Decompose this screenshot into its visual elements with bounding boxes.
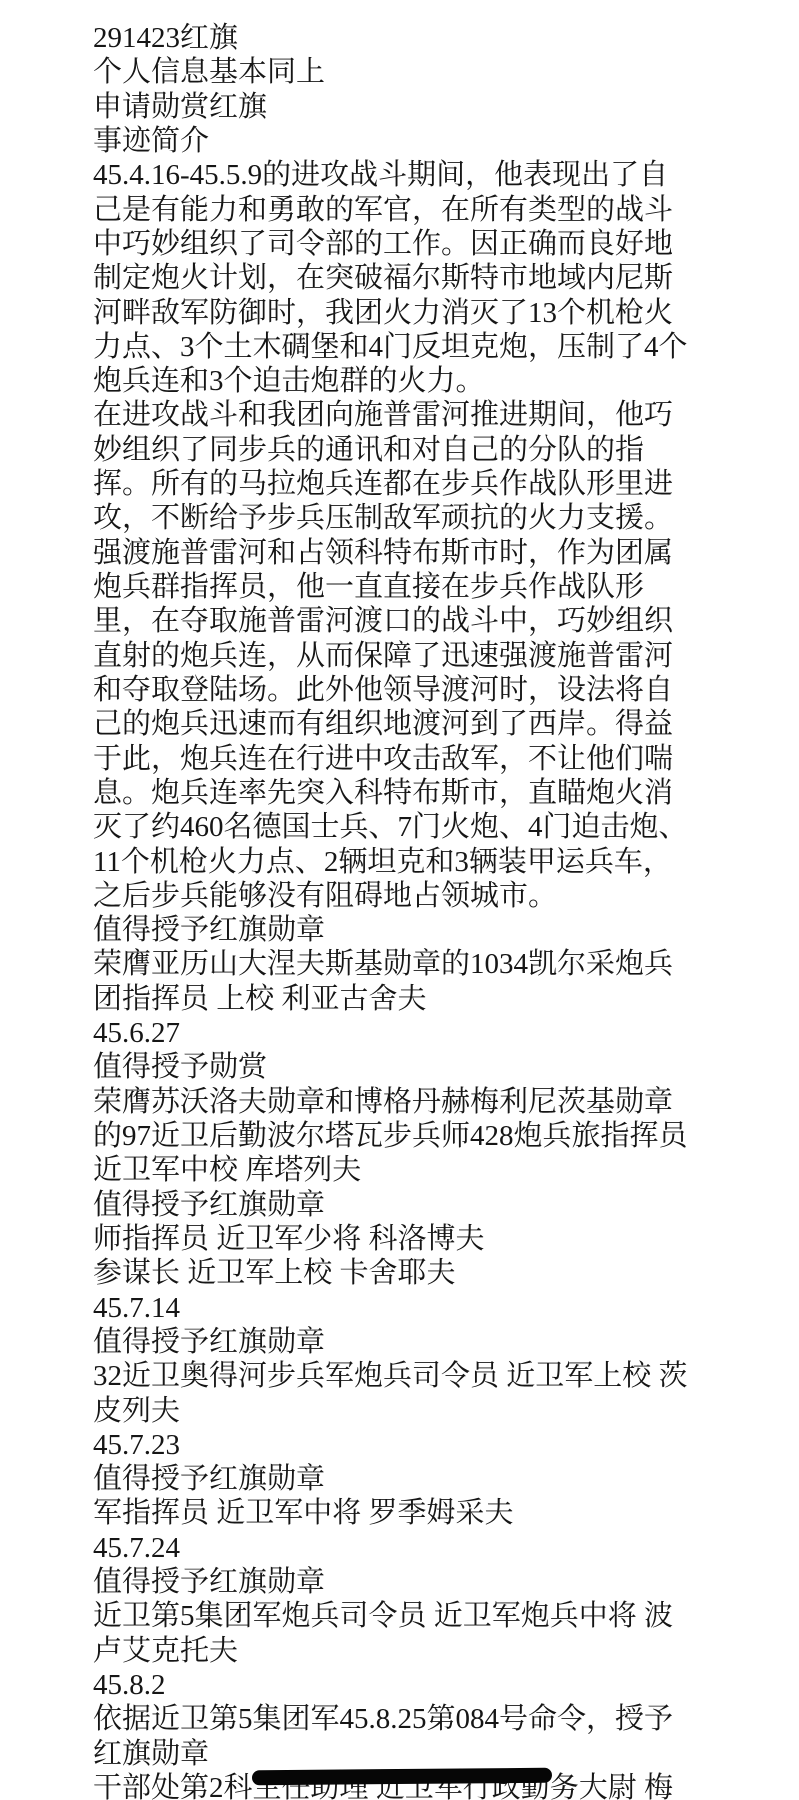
redaction-bar [252,1768,552,1786]
text-line: 息。炮兵连率先突入科特布斯市，直瞄炮火消 [93,776,733,810]
text-line: 45.7.23 [93,1428,733,1462]
text-line: 力点、3个土木碉堡和4门反坦克炮，压制了4个 [93,330,733,364]
text-line: 值得授予红旗勋章 [93,1325,733,1359]
text-line: 近卫军中校 库塔列夫 [93,1153,733,1187]
text-line: 45.4.16-45.5.9的进攻战斗期间，他表现出了自 [93,158,733,192]
text-line: 制定炮火计划，在突破福尔斯特市地域内尼斯 [93,261,733,295]
text-line: 团指挥员 上校 利亚古舍夫 [93,982,733,1016]
text-line: 荣膺苏沃洛夫勋章和博格丹赫梅利尼茨基勋章 [93,1085,733,1119]
page-background: 291423红旗个人信息基本同上申请勋赏红旗事迹简介45.4.16-45.5.9… [0,0,799,1800]
text-line: 在进攻战斗和我团向施普雷河推进期间，他巧 [93,398,733,432]
text-line: 炮兵群指挥员，他一直直接在步兵作战队形 [93,570,733,604]
text-line: 中巧妙组织了司令部的工作。因正确而良好地 [93,227,733,261]
document-page: { "page": { "background_color": "#ffffff… [0,0,799,1800]
text-line: 之后步兵能够没有阻碍地占领城市。 [93,879,733,913]
text-line: 依据近卫第5集团军45.8.25第084号命令，授予 [93,1702,733,1736]
text-line: 皮列夫 [93,1394,733,1428]
text-line: 攻，不断给予步兵压制敌军顽抗的火力支援。 [93,501,733,535]
text-line: 值得授予红旗勋章 [93,1462,733,1496]
text-line: 里，在夺取施普雷河渡口的战斗中，巧妙组织 [93,604,733,638]
text-line: 值得授予红旗勋章 [93,1188,733,1222]
text-line: 红旗勋章 [93,1737,733,1771]
text-line: 近卫第5集团军炮兵司令员 近卫军炮兵中将 波 [93,1599,733,1633]
text-line: 值得授予勋赏 [93,1050,733,1084]
text-line: 的97近卫后勤波尔塔瓦步兵师428炮兵旅指挥员 [93,1119,733,1153]
text-line: 炮兵连和3个迫击炮群的火力。 [93,364,733,398]
text-line: 己是有能力和勇敢的军官，在所有类型的战斗 [93,193,733,227]
text-line: 11个机枪火力点、2辆坦克和3辆装甲运兵车， [93,845,733,879]
text-line: 灭了约460名德国士兵、7门火炮、4门迫击炮、 [93,810,733,844]
text-line: 直射的炮兵连，从而保障了迅速强渡施普雷河 [93,639,733,673]
text-line: 值得授予红旗勋章 [93,913,733,947]
text-line: 45.8.2 [93,1668,733,1702]
text-line: 军指挥员 近卫军中将 罗季姆采夫 [93,1496,733,1530]
text-line: 45.7.14 [93,1291,733,1325]
text-line: 45.6.27 [93,1016,733,1050]
text-line: 32近卫奥得河步兵军炮兵司令员 近卫军上校 茨 [93,1359,733,1393]
text-line: 妙组织了同步兵的通讯和对自己的分队的指 [93,433,733,467]
text-line: 挥。所有的马拉炮兵连都在步兵作战队形里进 [93,467,733,501]
text-line: 个人信息基本同上 [93,55,733,89]
text-line: 参谋长 近卫军上校 卡舍耶夫 [93,1256,733,1290]
text-line: 卢艾克托夫 [93,1634,733,1668]
text-line: 于此，炮兵连在行进中攻击敌军，不让他们喘 [93,742,733,776]
text-line: 值得授予红旗勋章 [93,1565,733,1599]
text-line: 师指挥员 近卫军少将 科洛博夫 [93,1222,733,1256]
text-line: 河畔敌军防御时，我团火力消灭了13个机枪火 [93,296,733,330]
text-line: 己的炮兵迅速而有组织地渡河到了西岸。得益 [93,707,733,741]
text-line: 荣膺亚历山大涅夫斯基勋章的1034凯尔采炮兵 [93,947,733,981]
document-text: 291423红旗个人信息基本同上申请勋赏红旗事迹简介45.4.16-45.5.9… [93,21,733,1800]
text-line: 申请勋赏红旗 [93,90,733,124]
text-line: 45.7.24 [93,1531,733,1565]
text-line: 和夺取登陆场。此外他领导渡河时，设法将自 [93,673,733,707]
text-line: 291423红旗 [93,21,733,55]
text-line: 强渡施普雷河和占领科特布斯市时，作为团属 [93,536,733,570]
text-line: 事迹简介 [93,124,733,158]
